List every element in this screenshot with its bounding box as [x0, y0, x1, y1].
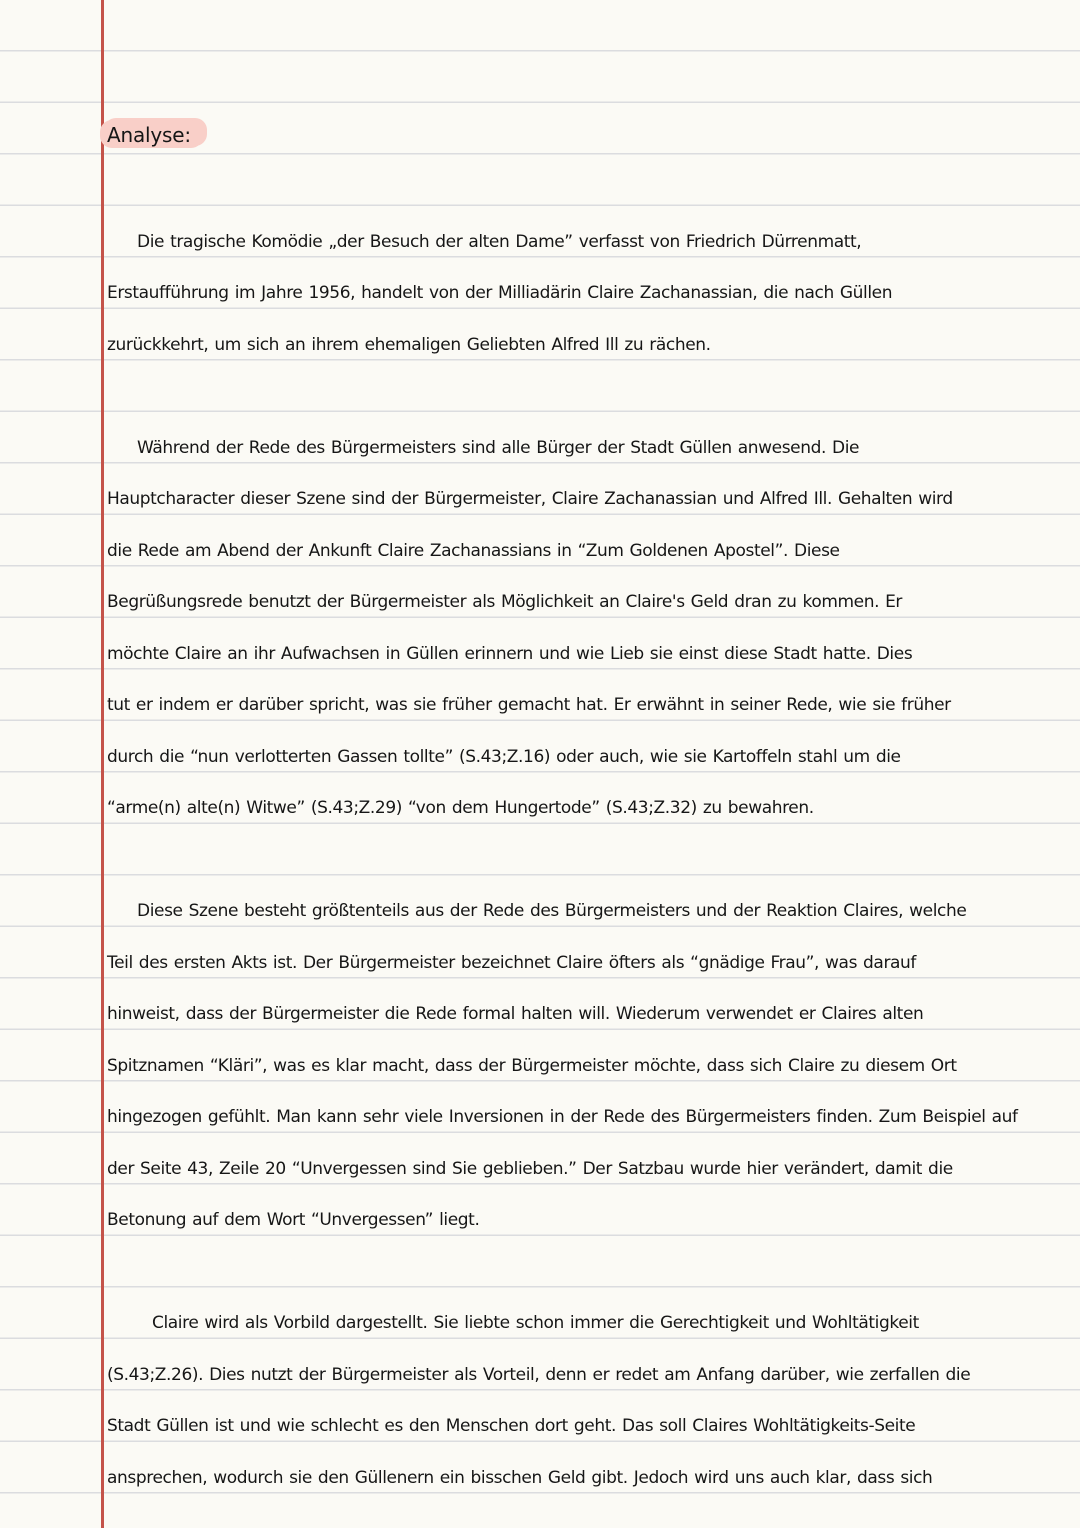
text-line: Stadt Güllen ist und wie schlecht es den…: [0, 1391, 1080, 1443]
highlight-mark: Analyse:: [100, 120, 203, 148]
text-line: Die tragische Komödie „der Besuch der al…: [0, 206, 1080, 258]
text-line: der Seite 43, Zeile 20 “Unvergessen sind…: [0, 1133, 1080, 1185]
text-line: Spitznamen “Kläri”, was es klar macht, d…: [0, 1030, 1080, 1082]
text-line: möchte Claire an ihr Aufwachsen in Gülle…: [0, 618, 1080, 670]
paragraph-claire-vorbild: Claire wird als Vorbild dargestellt. Sie…: [0, 1288, 1080, 1494]
handwritten-content: Analyse: Die tragische Komödie „der Besu…: [0, 103, 1080, 1494]
text-line: (S.43;Z.26). Dies nutzt der Bürgermeiste…: [0, 1339, 1080, 1391]
text-line: Hauptcharacter dieser Szene sind der Bür…: [0, 464, 1080, 516]
text-line: ansprechen, wodurch sie den Güllenern ei…: [0, 1442, 1080, 1494]
text-line: hingezogen gefühlt. Man kann sehr viele …: [0, 1082, 1080, 1134]
paragraph-speech-analysis: Diese Szene besteht größtenteils aus der…: [0, 876, 1080, 1237]
text-line: Während der Rede des Bürgermeisters sind…: [0, 412, 1080, 464]
paragraph-intro: Die tragische Komödie „der Besuch der al…: [0, 206, 1080, 361]
paragraph-scene-summary: Während der Rede des Bürgermeisters sind…: [0, 412, 1080, 824]
text-line: tut er indem er darüber spricht, was sie…: [0, 670, 1080, 722]
text-line: hinweist, dass der Bürgermeister die Red…: [0, 979, 1080, 1031]
text-line: durch die “nun verlotterten Gassen tollt…: [0, 721, 1080, 773]
text-line: “arme(n) alte(n) Witwe” (S.43;Z.29) “von…: [0, 773, 1080, 825]
text-line: Claire wird als Vorbild dargestellt. Sie…: [0, 1288, 1080, 1340]
text-line: die Rede am Abend der Ankunft Claire Zac…: [0, 515, 1080, 567]
text-line: zurückkehrt, um sich an ihrem ehemaligen…: [0, 309, 1080, 361]
notebook-page: Analyse: Die tragische Komödie „der Besu…: [0, 0, 1080, 1528]
text-line: Begrüßungsrede benutzt der Bürgermeister…: [0, 567, 1080, 619]
text-line: Teil des ersten Akts ist. Der Bürgermeis…: [0, 927, 1080, 979]
text-line: Betonung auf dem Wort “Unvergessen” lieg…: [0, 1185, 1080, 1237]
section-heading: Analyse:: [107, 123, 191, 147]
heading-line: Analyse:: [0, 103, 1080, 155]
text-line: Diese Szene besteht größtenteils aus der…: [0, 876, 1080, 928]
text-line: Erstaufführung im Jahre 1956, handelt vo…: [0, 258, 1080, 310]
